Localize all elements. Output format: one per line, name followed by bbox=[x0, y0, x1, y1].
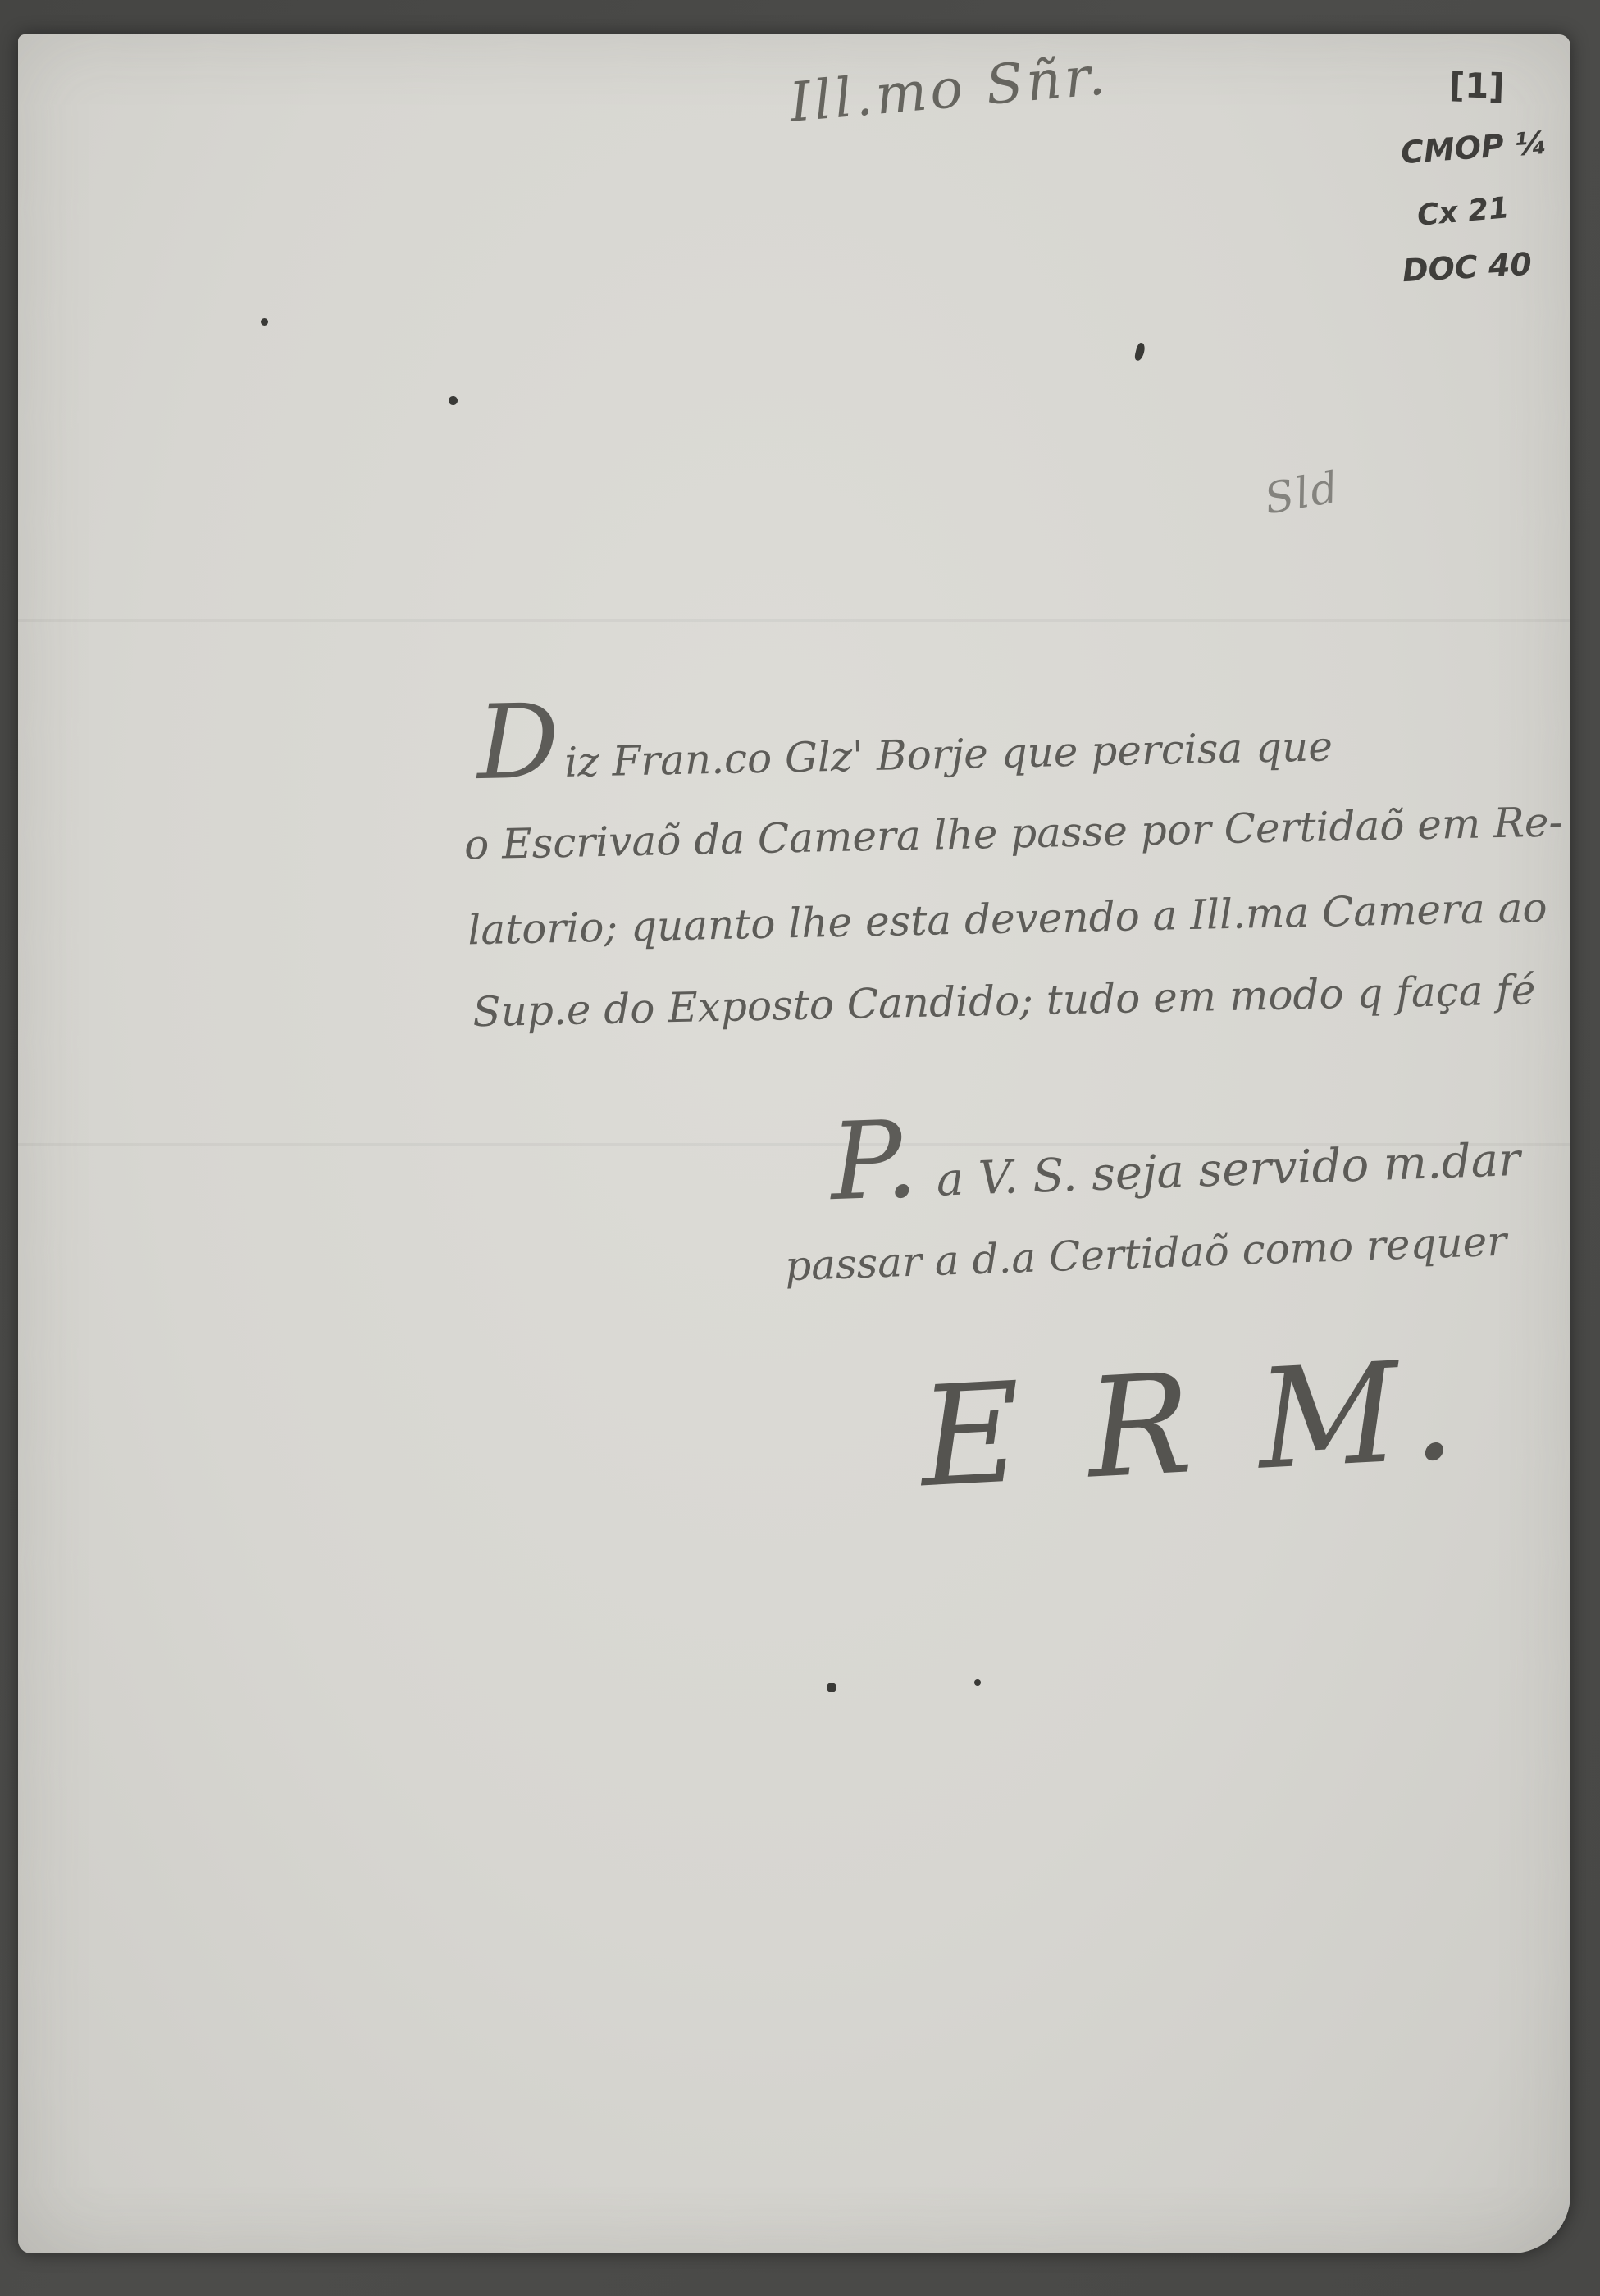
salutation-heading: Ill.mo Sñr. bbox=[786, 43, 1110, 134]
ink-speck bbox=[827, 1683, 836, 1692]
ink-speck bbox=[974, 1679, 981, 1686]
ink-speck bbox=[449, 396, 458, 405]
ink-mark bbox=[1133, 342, 1146, 362]
archival-page-number: [1] bbox=[1448, 65, 1505, 107]
paper-crease bbox=[18, 619, 1570, 622]
closing-formula-erm: E R M. bbox=[916, 1329, 1470, 1519]
body-line: Diz Fran.co Glz' Borje que percisa que bbox=[476, 698, 1333, 785]
pencil-annotation: Sld bbox=[1260, 463, 1343, 525]
archival-box-number: Cx 21 bbox=[1415, 191, 1510, 233]
body-line: Sup.e do Exposto Candido; tudo em modo q… bbox=[472, 969, 1536, 1032]
body-line: latorio; quanto lhe esta devendo a Ill.m… bbox=[467, 887, 1548, 951]
petition-line: passar a d.a Certidaõ como requer bbox=[784, 1218, 1507, 1291]
petition-request: P. a V. S. seja servido m.dar passar a d… bbox=[779, 1080, 1500, 1105]
archival-fund-code: CMOP ¼ bbox=[1400, 125, 1548, 171]
body-line: o Escrivaõ da Camera lhe passe por Certi… bbox=[464, 801, 1563, 865]
ink-speck bbox=[261, 318, 268, 326]
scan-background: Ill.mo Sñr. [1] CMOP ¼ Cx 21 DOC 40 Sld … bbox=[0, 0, 1600, 2296]
archival-doc-number: DOC 40 bbox=[1402, 246, 1533, 289]
manuscript-page: Ill.mo Sñr. [1] CMOP ¼ Cx 21 DOC 40 Sld … bbox=[18, 34, 1570, 2253]
petition-body: Diz Fran.co Glz' Borje que percisa que o… bbox=[461, 664, 1519, 686]
petition-line: P. a V. S. seja servido m.dar bbox=[830, 1112, 1521, 1210]
